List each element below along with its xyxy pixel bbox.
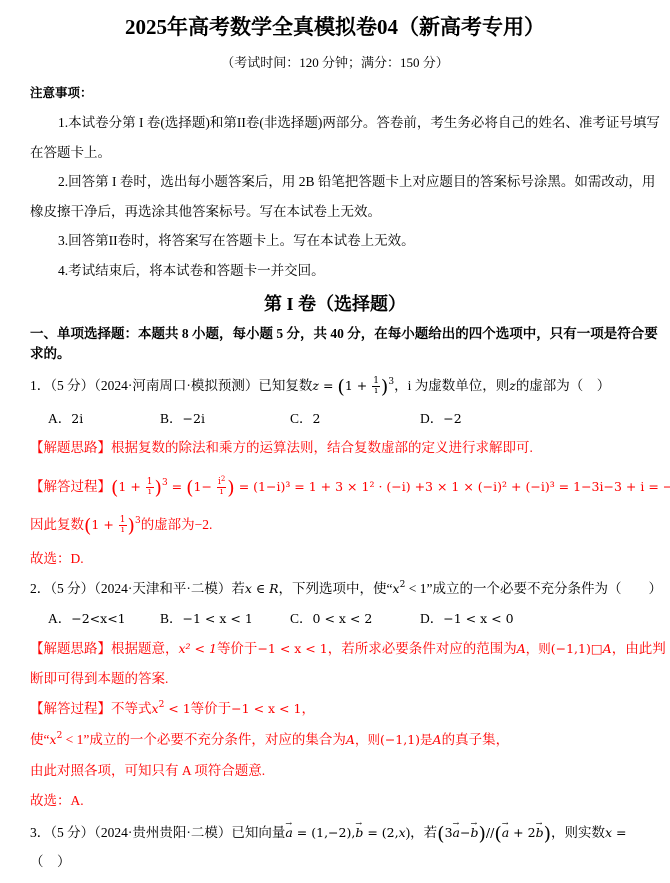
question-2-solution-line2: 使“x2 < 1”成立的一个必要不充分条件，对应的集合为A，则(−1,1)是A的… xyxy=(30,733,509,747)
notice-heading: 注意事项： xyxy=(30,87,93,100)
question-1-option-a: A．2i xyxy=(48,412,83,426)
exam-page: 2025年高考数学全真模拟卷04（新高考专用） （考试时间：120 分钟；满分：… xyxy=(0,0,670,883)
exam-title: 2025年高考数学全真模拟卷04（新高考专用） xyxy=(0,17,670,38)
solution-label: 【解答过程】 xyxy=(30,479,111,494)
notice-item-1-line2: 在答题卡上。 xyxy=(30,146,111,160)
section-title: 第 I 卷（选择题） xyxy=(0,295,670,313)
notice-item-4: 4.考试结束后，将本试卷和答题卡一并交回。 xyxy=(58,264,325,278)
question-1-solution: 【解答过程】(1 + 1i)3 = (1− i2i) = (1−i)³ = 1 … xyxy=(30,478,670,498)
question-1-option-c: C．2 xyxy=(290,412,320,426)
question-2-analysis-line1: 【解题思路】根据题意，x² < 1等价于−1 < x < 1，若所求必要条件对应… xyxy=(30,642,666,656)
question-3-stem: 3．（5 分）（2024·贵州贵阳·二模）已知向量a = (1,−2),b = … xyxy=(30,825,627,844)
question-3-blank: （ ） xyxy=(30,855,71,869)
notice-item-3: 3.回答第II卷时，将答案写在答题卡上。写在本试卷上无效。 xyxy=(58,234,415,248)
section-instruction-line2: 求的。 xyxy=(30,347,71,361)
question-1-stem: 1．（5 分）（2024·河南周口·模拟预测）已知复数z = (1 + 1i)3… xyxy=(30,377,610,397)
question-1-conclusion: 因此复数(1 + 1i)3的虚部为−2. xyxy=(30,516,212,536)
question-source: （2024·河南周口·模拟预测） xyxy=(94,378,258,393)
question-2-solution-line1: 【解答过程】不等式x2 < 1等价于−1 < x < 1， xyxy=(30,702,315,716)
exam-subtitle: （考试时间：120 分钟；满分：150 分） xyxy=(0,56,670,69)
question-1-answer: 故选：D. xyxy=(30,552,84,566)
question-2-analysis-line2: 断即可得到本题的答案. xyxy=(30,672,168,686)
question-2-option-a: A．−2<x<1 xyxy=(48,612,126,626)
stem-math: z = (1 + 1i)3 xyxy=(312,378,394,393)
question-1-analysis: 【解题思路】根据复数的除法和乘方的运算法则，结合复数虚部的定义进行求解即可. xyxy=(30,441,533,455)
question-points: （5 分） xyxy=(50,378,94,393)
question-number: 1． xyxy=(30,378,50,393)
question-2-stem: 2．（5 分）（2024·天津和平·二模）若x ∈ R，下列选项中，使“x2 <… xyxy=(30,582,662,596)
notice-item-1-line1: 1.本试卷分第 I 卷(选择题)和第II卷(非选择题)两部分。答卷前，考生务必将… xyxy=(58,116,660,130)
question-2-option-d: D．−1 < x < 0 xyxy=(420,612,514,626)
notice-item-2-line1: 2.回答第 I 卷时，选出每小题答案后，用 2B 铅笔把答题卡上对应题目的答案标… xyxy=(58,175,655,189)
question-2-option-b: B．−1 < x < 1 xyxy=(160,612,253,626)
question-1-option-d: D．−2 xyxy=(420,412,462,426)
question-2-solution-line3: 由此对照各项，可知只有 A 项符合题意. xyxy=(30,764,265,778)
notice-item-2-line2: 橡皮擦干净后，再选涂其他答案标号。写在本试卷上无效。 xyxy=(30,205,381,219)
solution-math: (1 + 1i)3 = (1− i2i) = (1−i)³ = 1 + 3 × … xyxy=(111,479,670,494)
question-2-option-c: C．0 < x < 2 xyxy=(290,612,372,626)
question-2-answer: 故选：A. xyxy=(30,794,84,808)
stem-text: 的虚部为（ ） xyxy=(516,378,611,393)
stem-text: 已知复数 xyxy=(258,378,312,393)
stem-var: z xyxy=(509,378,516,393)
stem-text: ，i 为虚数单位，则 xyxy=(394,378,509,393)
question-1-option-b: B．−2i xyxy=(160,412,205,426)
section-instruction-line1: 一、单项选择题：本题共 8 小题，每小题 5 分，共 40 分，在每小题给出的四… xyxy=(30,327,658,341)
